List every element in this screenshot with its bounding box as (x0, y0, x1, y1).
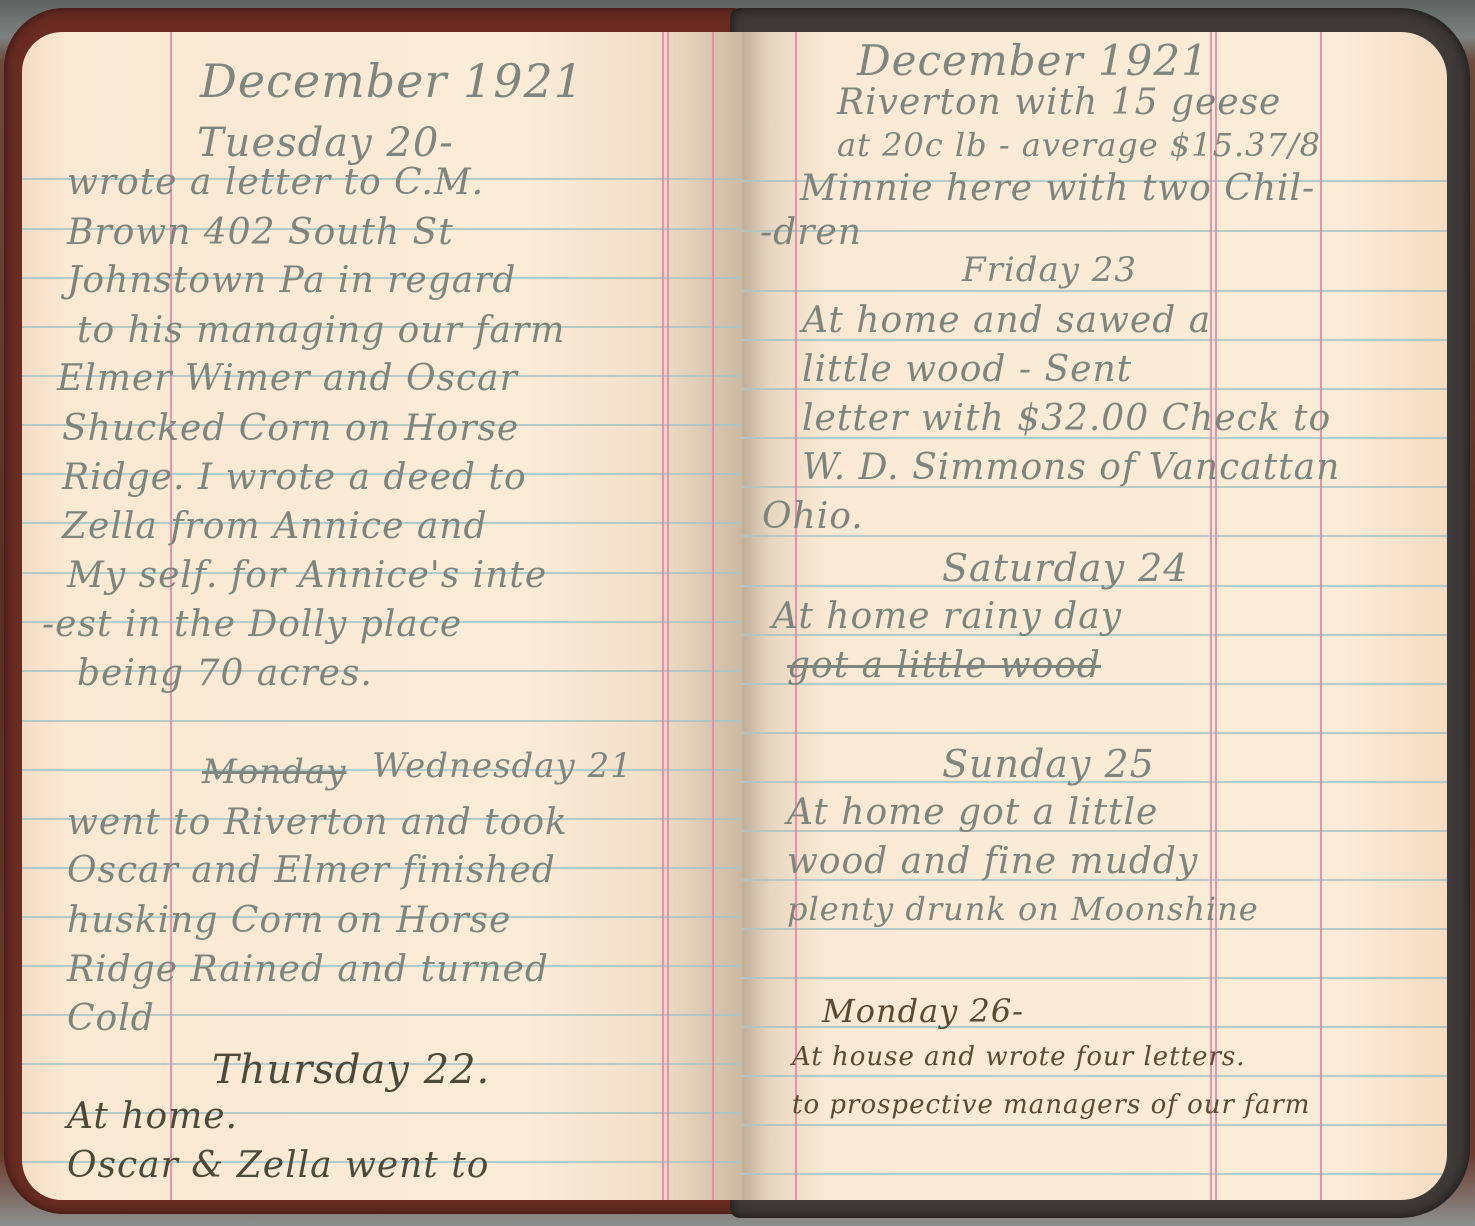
entry-day: Saturday 24 (942, 546, 1188, 590)
ruled-line (742, 732, 1447, 734)
entry-line: plenty drunk on Moonshine (787, 890, 1259, 928)
entry-line: Oscar and Elmer finished (67, 850, 556, 891)
entry-line: letter with $32.00 Check to (802, 398, 1331, 439)
entry-day-struck: Monday (202, 752, 346, 792)
entry-day: Thursday 22. (212, 1047, 490, 1093)
entry-line: wood and fine muddy (787, 841, 1198, 882)
entry-line: At house and wrote four letters. (792, 1042, 1246, 1072)
entry-line: Shucked Corn on Horse (62, 408, 519, 449)
entry-line: went to Riverton and took (67, 802, 568, 843)
entry-line: -dren (760, 212, 862, 253)
entry-line: Cold (67, 998, 155, 1039)
entry-line: Ohio. (762, 496, 864, 537)
ruled-line (742, 1075, 1447, 1077)
entry-line: to prospective managers of our farm (792, 1090, 1310, 1120)
entry-day: Monday 26- (822, 992, 1024, 1030)
margin-line (1320, 32, 1322, 1200)
entry-line-struck: got a little wood (787, 645, 1101, 686)
entry-line: Minnie here with two Chil- (800, 168, 1315, 209)
entry-line: Riverton with 15 geese (837, 82, 1281, 123)
margin-line (667, 32, 669, 1200)
entry-day: Wednesday 21 (372, 746, 633, 786)
entry-line: At home. (67, 1096, 238, 1137)
entry-line: W. D. Simmons of Vancattan (802, 447, 1340, 488)
ruled-line (742, 1124, 1447, 1126)
ruled-line (22, 720, 742, 722)
ruled-line (742, 290, 1447, 292)
ruled-line (742, 928, 1447, 930)
entry-line: at 20c lb - average $15.37/8 (837, 126, 1321, 164)
entry-day: Friday 23 (962, 250, 1137, 290)
entry-line: Ridge. I wrote a deed to (62, 457, 527, 498)
ruled-line (742, 1173, 1447, 1175)
margin-line (712, 32, 714, 1200)
month-header: December 1921 (857, 36, 1209, 85)
left-page: December 1921 Tuesday 20- wrote a letter… (22, 32, 742, 1200)
entry-line: -est in the Dolly place (42, 604, 462, 645)
entry-day: Sunday 25 (942, 742, 1155, 786)
entry-line: Johnstown Pa in regard (67, 260, 516, 301)
entry-line: Elmer Wimer and Oscar (57, 358, 518, 399)
month-header: December 1921 (200, 54, 584, 108)
entry-line: being 70 acres. (77, 653, 373, 694)
entry-line: At home got a little (787, 792, 1158, 833)
entry-line: little wood - Sent (802, 349, 1132, 390)
right-page: December 1921 Riverton with 15 geese at … (742, 32, 1447, 1200)
entry-day: Tuesday 20- (197, 120, 454, 166)
ruled-line (742, 977, 1447, 979)
entry-line: wrote a letter to C.M. (67, 162, 484, 203)
entry-line: At home and sawed a (802, 300, 1211, 341)
entry-line: Ridge Rained and turned (67, 949, 549, 990)
entry-line: Zella from Annice and (62, 506, 488, 547)
entry-line: Oscar & Zella went to (67, 1145, 489, 1186)
entry-line: At home rainy day (772, 596, 1122, 637)
entry-line: to his managing our farm (77, 310, 565, 351)
entry-line: husking Corn on Horse (67, 900, 511, 941)
margin-line (662, 32, 664, 1200)
entry-line: Brown 402 South St (67, 212, 454, 253)
entry-line: My self. for Annice's inte (67, 555, 547, 596)
